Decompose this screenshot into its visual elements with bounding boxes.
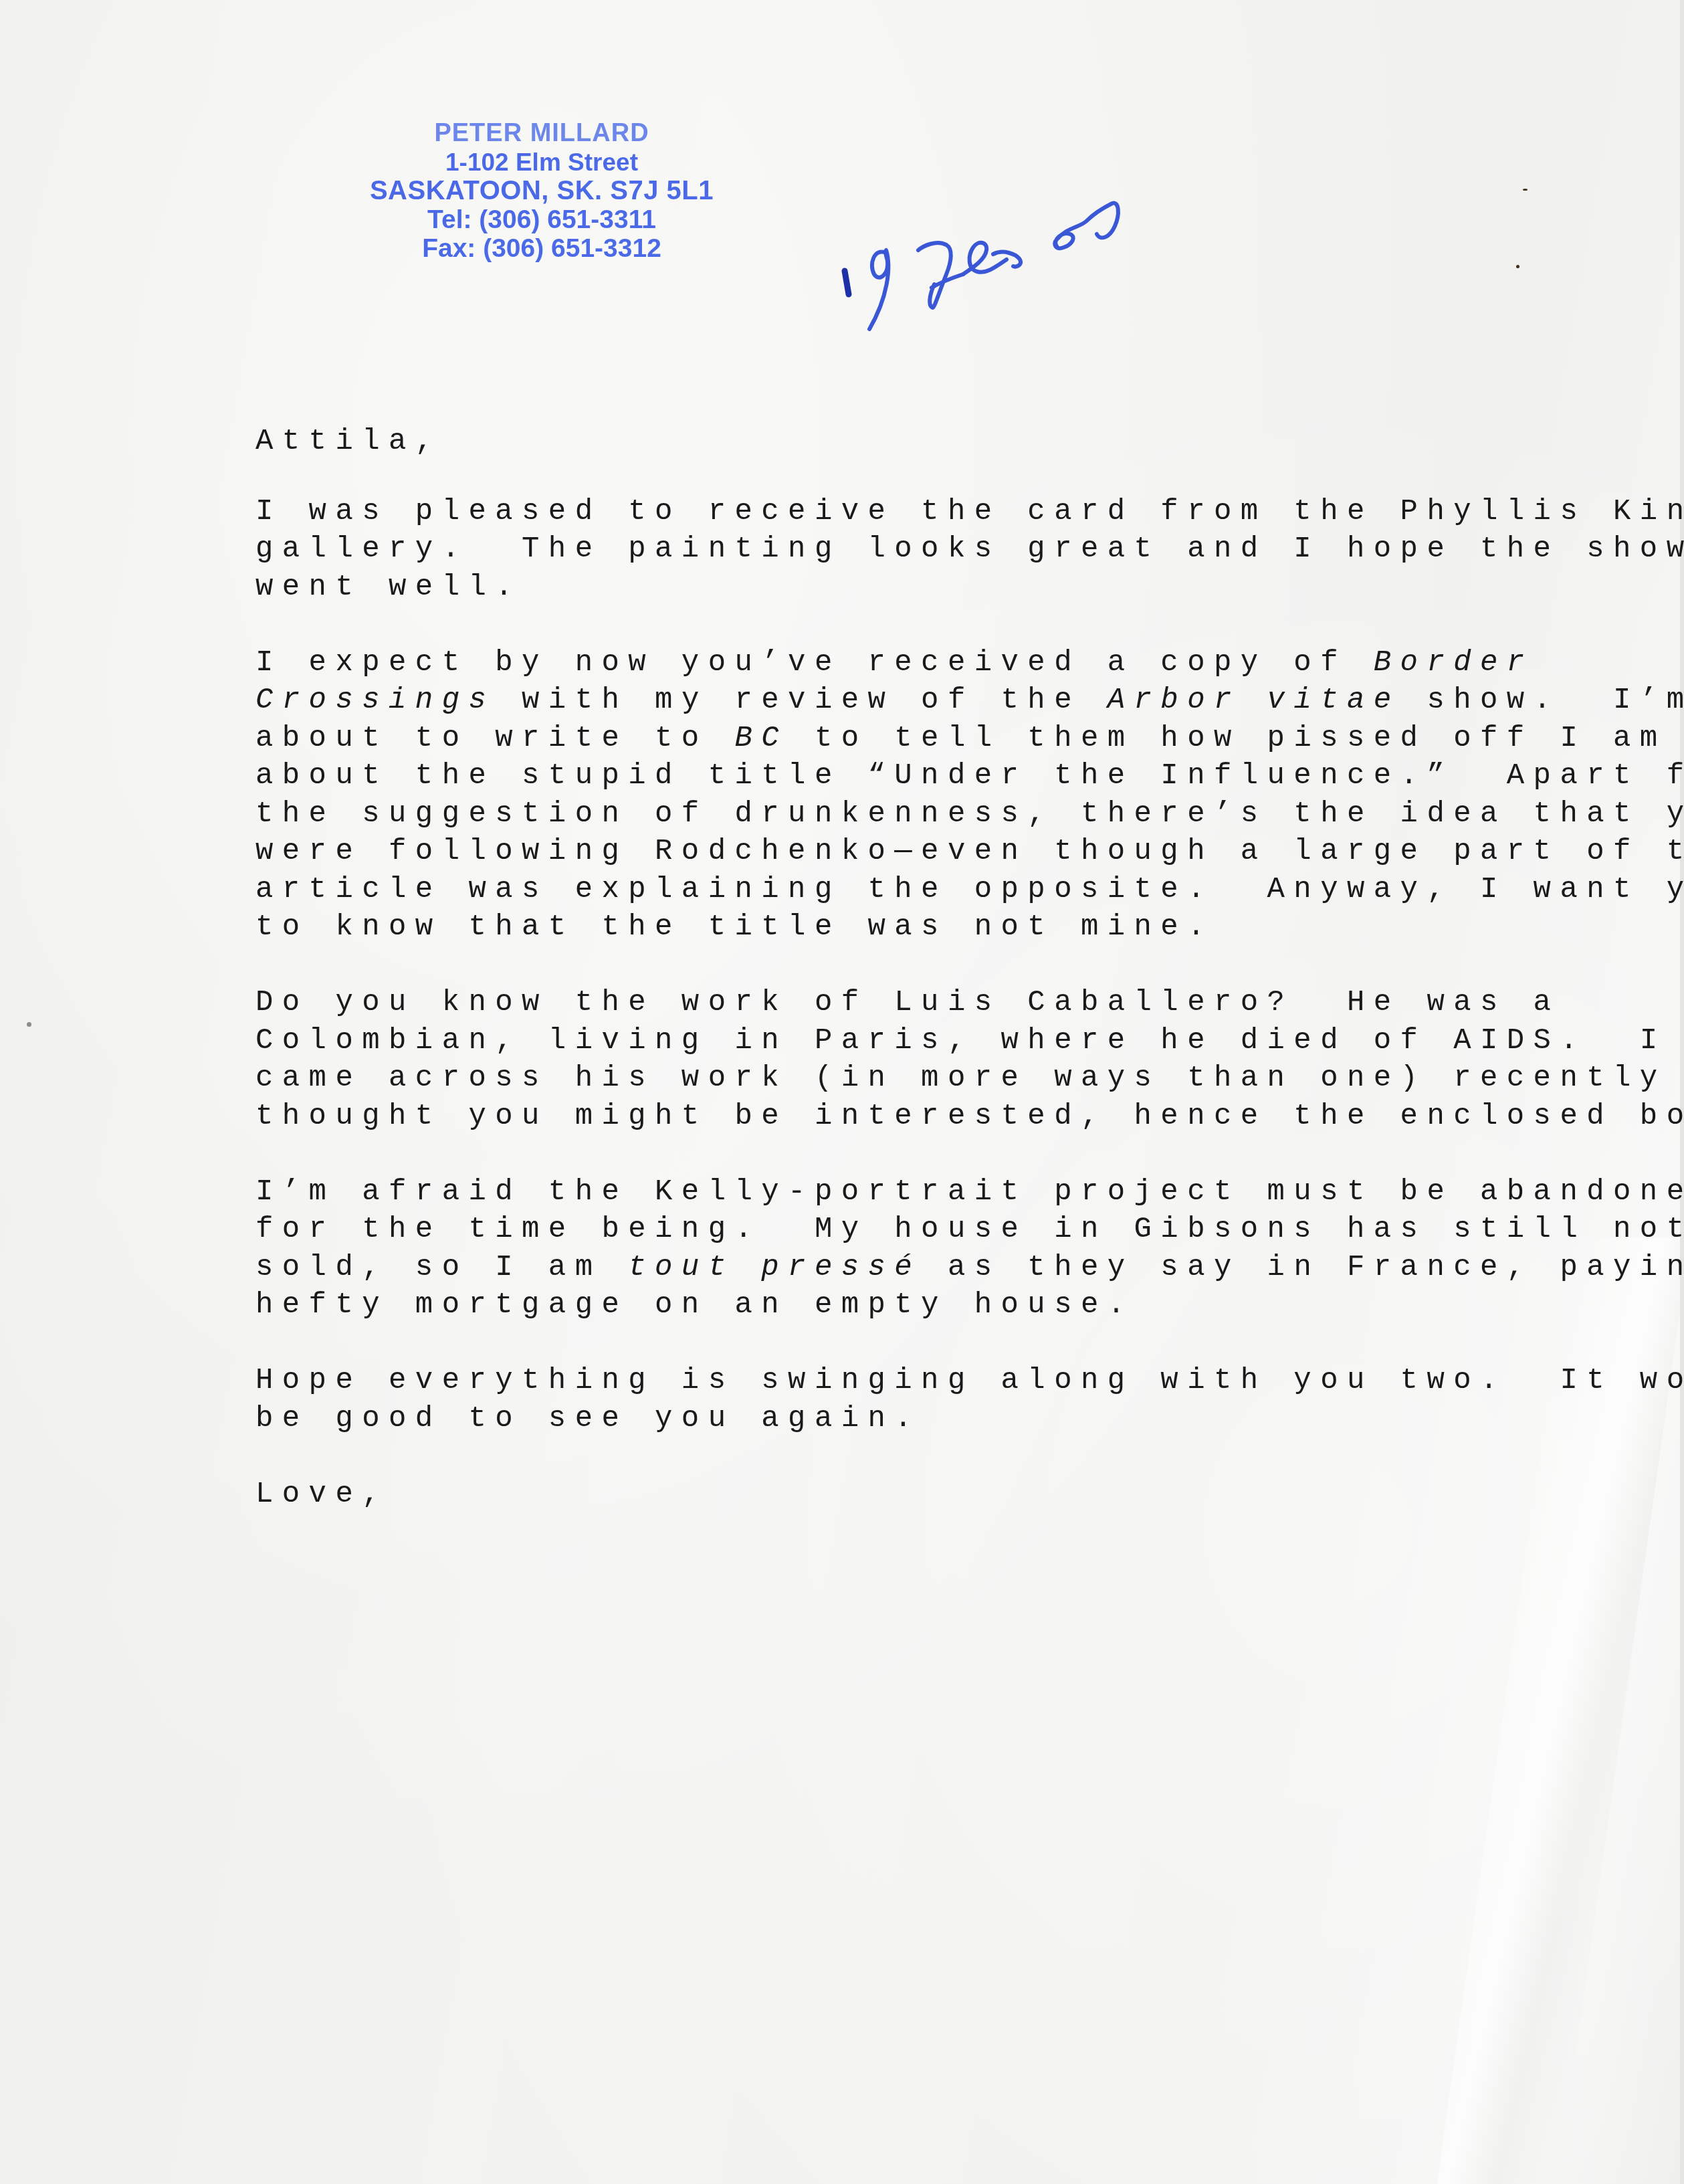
- text-run: gallery. The painting looks great and I …: [255, 532, 1684, 566]
- letter-paragraph: I was pleased to receive the card from t…: [255, 493, 1433, 607]
- text-run: thought you might be interested, hence t…: [255, 1100, 1684, 1133]
- letter-paragraph: Hope everything is swinging along with y…: [255, 1362, 1433, 1437]
- text-run: I’m afraid the Kelly-portrait project mu…: [255, 1175, 1684, 1209]
- text-run: went well.: [255, 571, 522, 604]
- text-run: I was pleased to receive the card from t…: [255, 495, 1684, 528]
- text-line: article was explaining the opposite. Any…: [255, 871, 1433, 909]
- italic-text: Border: [1374, 646, 1534, 680]
- text-line: I’m afraid the Kelly-portrait project mu…: [255, 1173, 1433, 1211]
- text-line: the suggestion of drunkenness, there’s t…: [255, 795, 1433, 833]
- stamp-city: SASKATOON, SK. S7J 5L1: [354, 177, 729, 205]
- text-line: Colombian, living in Paris, where he die…: [255, 1022, 1433, 1060]
- text-run: about to write to: [255, 722, 734, 755]
- paper-speck: [1523, 189, 1528, 191]
- text-run: came across his work (in more ways than …: [255, 1062, 1684, 1095]
- text-run: about the stupid title “Under the Influe…: [255, 759, 1684, 793]
- text-run: to tell them how pissed off I am: [788, 722, 1667, 755]
- handwritten-date: 19 Feb 00: [813, 181, 1160, 334]
- text-line: be good to see you again.: [255, 1400, 1433, 1438]
- text-line: about the stupid title “Under the Influe…: [255, 757, 1433, 795]
- text-line: gallery. The painting looks great and I …: [255, 530, 1433, 569]
- salutation: Attila,: [255, 423, 1433, 461]
- text-run: for the time being. My house in Gibsons …: [255, 1213, 1684, 1246]
- address-stamp: PETER MILLARD 1-102 Elm Street SASKATOON…: [354, 119, 729, 263]
- text-line: thought you might be interested, hence t…: [255, 1098, 1433, 1136]
- text-run: to know that the title was not mine.: [255, 910, 1214, 944]
- letter-paragraph: I’m afraid the Kelly-portrait project mu…: [255, 1173, 1433, 1324]
- text-run: Do you know the work of Luis Caballero? …: [255, 986, 1560, 1019]
- text-line: Hope everything is swinging along with y…: [255, 1362, 1433, 1400]
- paper-speck: [1516, 265, 1519, 268]
- text-line: I expect by now you’ve received a copy o…: [255, 644, 1433, 682]
- paper-speck: [27, 1022, 31, 1027]
- stamp-name: PETER MILLARD: [354, 119, 729, 148]
- text-line: hefty mortgage on an empty house.: [255, 1286, 1433, 1324]
- closing: Love,: [255, 1476, 1433, 1514]
- text-line: were following Rodchenko—even though a l…: [255, 833, 1433, 871]
- text-run: as they say in France, paying a: [921, 1251, 1684, 1284]
- text-line: Crossings with my review of the Arbor vi…: [255, 682, 1433, 720]
- italic-text: tout pressé: [628, 1251, 921, 1284]
- letter-paragraph: I expect by now you’ve received a copy o…: [255, 644, 1433, 947]
- text-run: Colombian, living in Paris, where he die…: [255, 1024, 1667, 1058]
- letter-body: Attila, I was pleased to receive the car…: [255, 423, 1433, 1551]
- text-run: were following Rodchenko—even though a l…: [255, 835, 1684, 868]
- text-run: show. I’m: [1400, 684, 1684, 717]
- stamp-fax: Fax: (306) 651-3312: [354, 234, 729, 263]
- text-run: sold, so I am: [255, 1251, 628, 1284]
- letter-paragraphs: I was pleased to receive the card from t…: [255, 493, 1433, 1438]
- text-line: to know that the title was not mine.: [255, 908, 1433, 947]
- text-run: the suggestion of drunkenness, there’s t…: [255, 797, 1684, 831]
- text-line: came across his work (in more ways than …: [255, 1060, 1433, 1098]
- handwritten-date-strokes: [813, 181, 1160, 334]
- text-line: sold, so I am tout pressé as they say in…: [255, 1249, 1433, 1287]
- stamp-tel: Tel: (306) 651-3311: [354, 205, 729, 234]
- italic-text: Crossings: [255, 684, 495, 717]
- text-line: for the time being. My house in Gibsons …: [255, 1211, 1433, 1249]
- italic-text: BC: [734, 722, 788, 755]
- text-run: hefty mortgage on an empty house.: [255, 1288, 1134, 1322]
- text-line: I was pleased to receive the card from t…: [255, 493, 1433, 531]
- letter-paragraph: Do you know the work of Luis Caballero? …: [255, 984, 1433, 1135]
- text-run: Hope everything is swinging along with y…: [255, 1364, 1684, 1397]
- text-run: be good to see you again.: [255, 1402, 921, 1435]
- text-line: went well.: [255, 569, 1433, 607]
- text-line: about to write to BC to tell them how pi…: [255, 720, 1433, 758]
- italic-text: Arbor vitae: [1108, 684, 1400, 717]
- text-run: with my review of the: [495, 684, 1108, 717]
- text-run: I expect by now you’ve received a copy o…: [255, 646, 1374, 680]
- text-run: article was explaining the opposite. Any…: [255, 873, 1684, 906]
- text-line: Do you know the work of Luis Caballero? …: [255, 984, 1433, 1022]
- stamp-address: 1-102 Elm Street: [354, 148, 729, 177]
